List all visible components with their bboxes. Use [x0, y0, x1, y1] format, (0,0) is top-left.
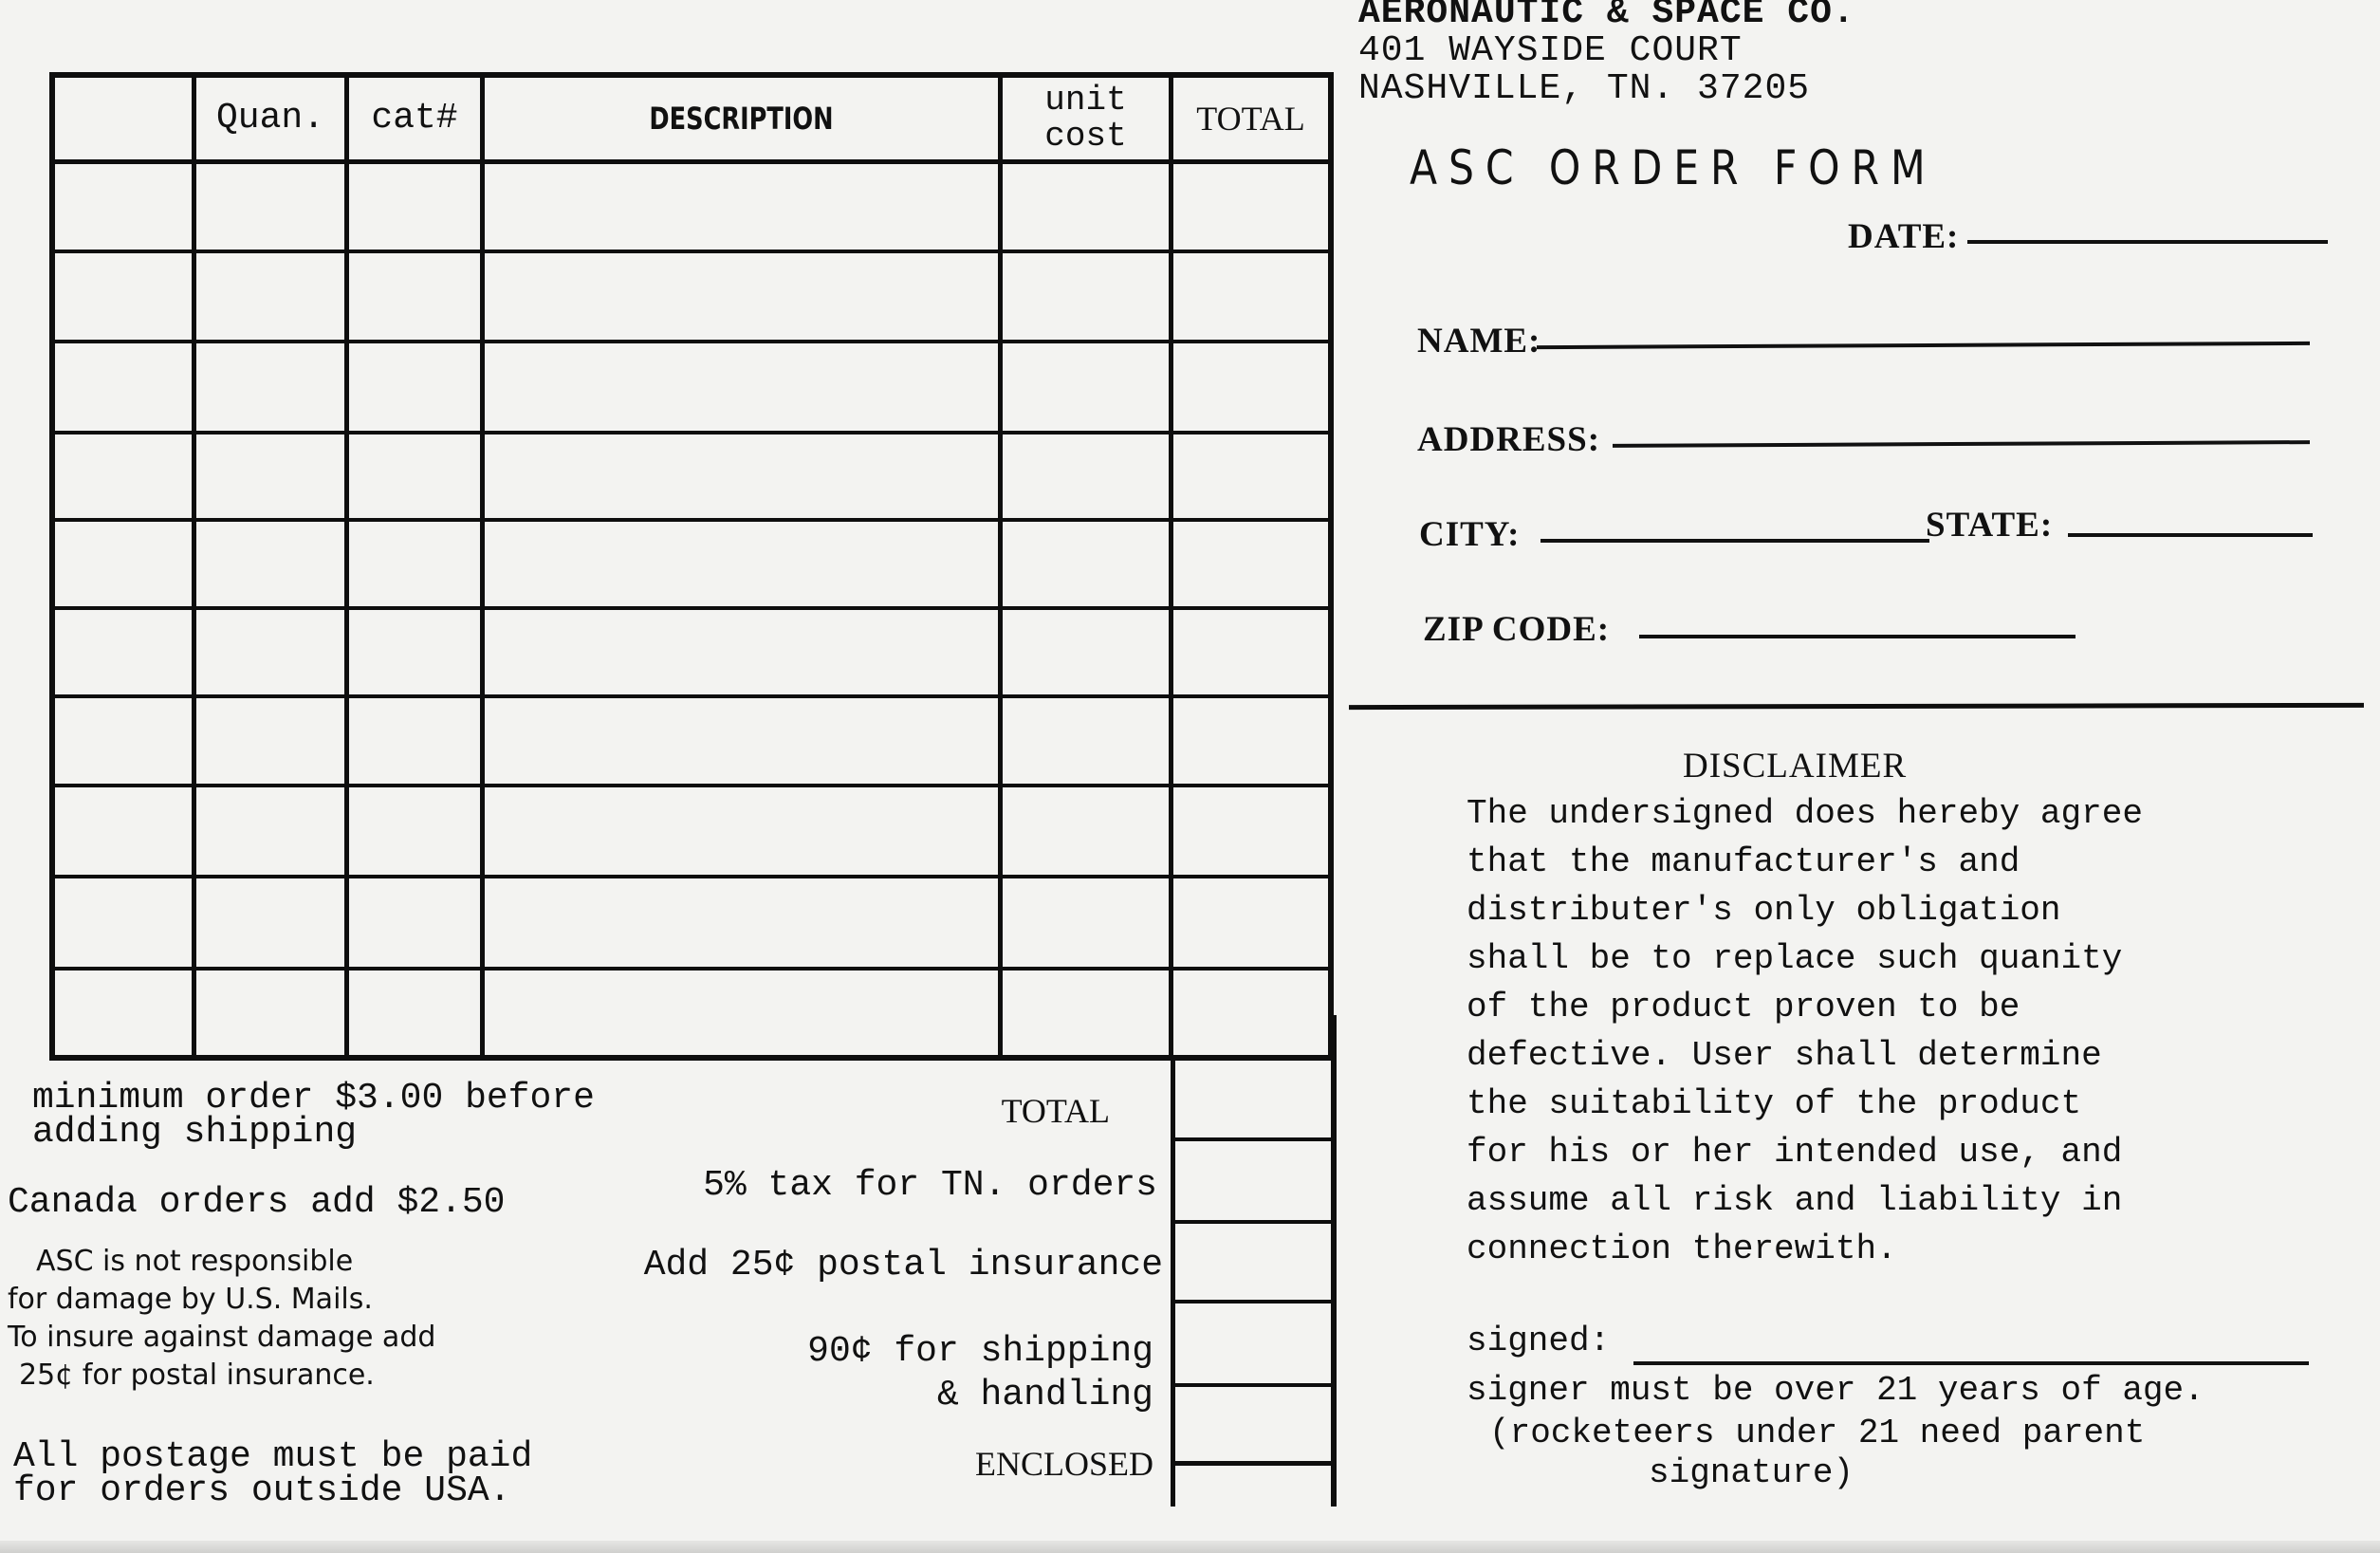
postage-note: All postage must be paid for orders outs… [13, 1440, 532, 1508]
quantity-cell[interactable] [196, 343, 344, 431]
canada-note: Canada orders add $2.50 [8, 1186, 506, 1220]
line-total-cell[interactable] [1173, 610, 1329, 694]
shipping-label-line2: & handling [664, 1374, 1153, 1417]
disclaimer-line: shall be to replace such quanity [1467, 934, 2143, 983]
zip-underline [1639, 635, 2076, 638]
table-border-bottom [49, 1055, 1332, 1061]
shipping-handling-label: 90¢ for shipping & handling [664, 1330, 1153, 1417]
enclosed-label: ENCLOSED [854, 1444, 1153, 1484]
state-underline [2068, 533, 2313, 537]
totals-box-right [1331, 1015, 1337, 1507]
mail-damage-line3: To insure against damage add [8, 1319, 435, 1357]
mail-damage-note: ASC is not responsible for damage by U.S… [8, 1243, 435, 1395]
disclaimer-line: connection therewith. [1467, 1225, 2143, 1273]
city-label: CITY: [1419, 514, 1520, 555]
disclaimer-line: defective. User shall determine [1467, 1031, 2143, 1080]
name-label: NAME: [1417, 321, 1541, 361]
state-field[interactable] [2068, 499, 2313, 533]
zip-label: ZIP CODE: [1423, 609, 1610, 650]
cat-number-cell[interactable] [349, 164, 480, 250]
column-header-cat-number: cat# [349, 78, 480, 159]
quantity-cell[interactable] [196, 434, 344, 518]
insurance-amount-field[interactable] [1175, 1224, 1331, 1300]
disclaimer-text: The undersigned does hereby agree that t… [1467, 789, 2143, 1273]
disclaimer-line: The undersigned does hereby agree [1467, 789, 2143, 838]
line-total-cell[interactable] [1173, 434, 1329, 518]
description-cell[interactable] [485, 878, 998, 967]
column-header-label-line2: cost [1044, 119, 1126, 155]
signature-field[interactable] [1633, 1323, 2309, 1361]
date-field[interactable] [1967, 207, 2328, 241]
parent-note-line1: (rocketeers under 21 need parent [1489, 1414, 2145, 1453]
disclaimer-line: that the manufacturer's and [1467, 838, 2143, 886]
section-divider [1349, 703, 2364, 710]
line-total-cell[interactable] [1173, 971, 1329, 1055]
city-underline [1541, 539, 1929, 543]
line-total-cell[interactable] [1173, 253, 1329, 340]
minimum-order-line1: minimum order $3.00 before [32, 1082, 595, 1116]
unit-cost-cell[interactable] [1003, 698, 1169, 784]
quantity-cell[interactable] [196, 698, 344, 784]
line-total-cell[interactable] [1173, 164, 1329, 250]
state-label: STATE: [1926, 505, 2053, 545]
mail-damage-line4: 25¢ for postal insurance. [8, 1357, 435, 1395]
parent-signature-note: (rocketeers under 21 need parent signatu… [1489, 1414, 2145, 1493]
name-field[interactable] [1537, 309, 2310, 343]
minimum-order-line2: adding shipping [32, 1116, 595, 1150]
quantity-cell[interactable] [196, 787, 344, 875]
unit-cost-cell[interactable] [1003, 343, 1169, 431]
description-cell[interactable] [485, 698, 998, 784]
description-cell[interactable] [485, 434, 998, 518]
shipping-label-line1: 90¢ for shipping [664, 1330, 1153, 1374]
line-number-cell[interactable] [55, 434, 196, 518]
line-number-cell[interactable] [55, 610, 196, 694]
line-number-cell[interactable] [55, 343, 196, 431]
line-number-cell[interactable] [55, 971, 196, 1055]
tax-amount-field[interactable] [1175, 1141, 1331, 1220]
tax-label: 5% tax for TN. orders [607, 1165, 1157, 1206]
company-name: AERONAUTIC & SPACE CO. [1358, 0, 1855, 32]
line-number-cell[interactable] [55, 522, 196, 606]
totals-divider [1171, 1461, 1337, 1466]
zip-field[interactable] [1639, 601, 2076, 635]
column-header-label: TOTAL [1196, 102, 1304, 136]
column-header-label: Quan. [216, 101, 324, 137]
signed-label: signed: [1467, 1317, 1610, 1365]
line-total-cell[interactable] [1173, 878, 1329, 967]
unit-cost-cell[interactable] [1003, 164, 1169, 250]
city-field[interactable] [1541, 505, 1929, 539]
cat-number-cell[interactable] [349, 787, 480, 875]
line-number-cell[interactable] [55, 878, 196, 967]
disclaimer-line: assume all risk and liability in [1467, 1176, 2143, 1225]
shipping-amount-field[interactable] [1175, 1303, 1331, 1383]
unit-cost-cell[interactable] [1003, 522, 1169, 606]
signature-underline [1633, 1361, 2309, 1365]
company-street: 401 WAYSIDE COURT [1358, 32, 1855, 70]
postage-line1: All postage must be paid [13, 1440, 532, 1474]
column-header-description: DESCRIPTION [536, 78, 947, 159]
cat-number-cell[interactable] [349, 971, 480, 1055]
line-total-cell[interactable] [1173, 787, 1329, 875]
cat-number-cell[interactable] [349, 434, 480, 518]
description-cell[interactable] [485, 522, 998, 606]
company-address: AERONAUTIC & SPACE CO. 401 WAYSIDE COURT… [1358, 0, 1855, 108]
disclaimer-line: for his or her intended use, and [1467, 1128, 2143, 1176]
parent-note-line2: signature) [1489, 1453, 2145, 1493]
line-number-cell[interactable] [55, 253, 196, 340]
cat-number-cell[interactable] [349, 698, 480, 784]
disclaimer-line: the suitability of the product [1467, 1080, 2143, 1128]
quantity-cell[interactable] [196, 522, 344, 606]
description-cell[interactable] [485, 343, 998, 431]
address-label: ADDRESS: [1417, 419, 1600, 460]
date-label: DATE: [1848, 216, 1959, 257]
column-header-blank [55, 78, 192, 159]
unit-cost-cell[interactable] [1003, 610, 1169, 694]
unit-cost-cell[interactable] [1003, 253, 1169, 340]
column-header-total: TOTAL [1173, 78, 1328, 159]
description-cell[interactable] [485, 164, 998, 250]
column-header-unit-cost: unit cost [1003, 78, 1169, 159]
age-requirement-note: signer must be over 21 years of age. [1467, 1366, 2205, 1414]
cat-number-cell[interactable] [349, 253, 480, 340]
disclaimer-heading: DISCLAIMER [1683, 746, 1907, 786]
total-amount-field[interactable] [1175, 1064, 1331, 1137]
line-number-cell[interactable] [55, 164, 196, 250]
postal-insurance-label: Add 25¢ postal insurance [569, 1245, 1163, 1285]
line-number-cell[interactable] [55, 787, 196, 875]
minimum-order-note: minimum order $3.00 before adding shippi… [32, 1082, 595, 1150]
unit-cost-cell[interactable] [1003, 434, 1169, 518]
quantity-cell[interactable] [196, 610, 344, 694]
line-total-cell[interactable] [1173, 522, 1329, 606]
column-header-quantity: Quan. [196, 78, 344, 159]
disclaimer-line: of the product proven to be [1467, 983, 2143, 1031]
description-cell[interactable] [485, 971, 998, 1055]
line-number-cell[interactable] [55, 698, 196, 784]
disclaimer-line: distributer's only obligation [1467, 886, 2143, 934]
cat-number-cell[interactable] [349, 522, 480, 606]
description-cell[interactable] [485, 787, 998, 875]
total-label: TOTAL [892, 1091, 1110, 1131]
postage-line2: for orders outside USA. [13, 1474, 532, 1508]
quantity-cell[interactable] [196, 164, 344, 250]
cat-number-cell[interactable] [349, 343, 480, 431]
column-header-label-line1: unit [1044, 83, 1126, 119]
enclosed-amount-field[interactable] [1175, 1387, 1331, 1461]
mail-damage-line1: ASC is not responsible [8, 1243, 435, 1281]
form-title: ASC ORDER FORM [1410, 140, 1937, 195]
paper-bottom-edge [0, 1541, 2380, 1553]
cat-number-cell[interactable] [349, 610, 480, 694]
line-total-cell[interactable] [1173, 343, 1329, 431]
company-city: NASHVILLE, TN. 37205 [1358, 70, 1855, 108]
quantity-cell[interactable] [196, 253, 344, 340]
quantity-cell[interactable] [196, 878, 344, 967]
column-header-label: DESCRIPTION [649, 103, 833, 134]
unit-cost-cell[interactable] [1003, 787, 1169, 875]
description-cell[interactable] [485, 610, 998, 694]
description-cell[interactable] [485, 253, 998, 340]
cat-number-cell[interactable] [349, 878, 480, 967]
unit-cost-cell[interactable] [1003, 971, 1169, 1055]
address-field[interactable] [1613, 408, 2310, 442]
unit-cost-cell[interactable] [1003, 878, 1169, 967]
quantity-cell[interactable] [196, 971, 344, 1055]
line-total-cell[interactable] [1173, 698, 1329, 784]
mail-damage-line2: for damage by U.S. Mails. [8, 1281, 435, 1319]
column-header-label: cat# [371, 101, 457, 137]
